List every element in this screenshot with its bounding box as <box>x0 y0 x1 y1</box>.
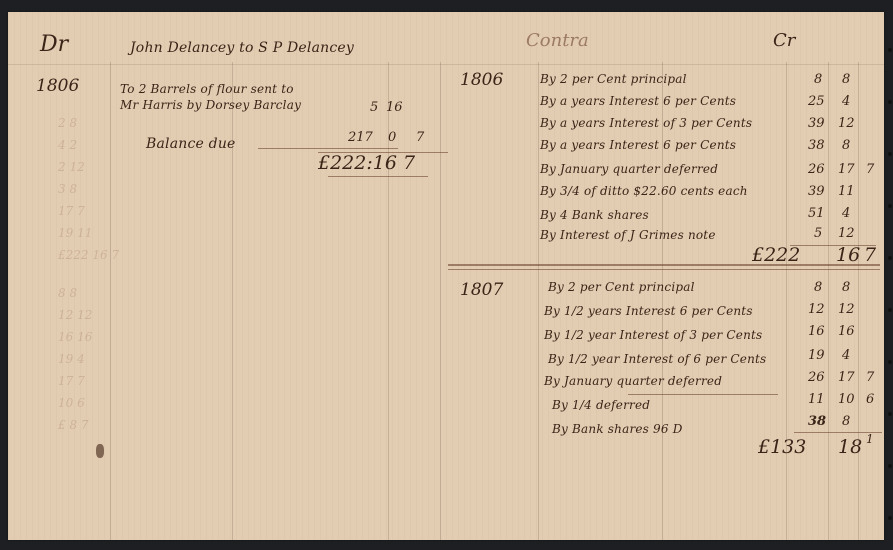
balance-pounds: 217 <box>348 130 373 145</box>
balance-rule <box>258 148 398 149</box>
entry-pounds: 12 <box>808 302 825 317</box>
entry-text: By 1/4 deferred <box>552 398 650 412</box>
entry-pounds: 26 <box>808 162 825 177</box>
entry-shillings: 8 <box>842 414 850 429</box>
entry-shillings: 17 <box>838 370 855 385</box>
scan-edge-dots <box>887 0 893 550</box>
total-shillings-1806: 16 <box>836 244 860 266</box>
entry-pounds: 19 <box>808 348 825 363</box>
balance-shillings: 0 <box>388 130 396 145</box>
entry-text: By January quarter deferred <box>540 162 718 176</box>
entry-shillings: 17 <box>838 162 855 177</box>
contra-header: Contra <box>526 30 589 51</box>
entry-text: By a years Interest 6 per Cents <box>540 138 736 152</box>
entry-text: By Interest of J Grimes note <box>540 228 716 242</box>
entry-shillings: 12 <box>838 302 855 317</box>
entry-shillings: 4 <box>842 348 850 363</box>
bleed-through-text: 8 812 1216 1619 417 710 6£ 8 7 <box>58 282 92 436</box>
entry-shillings: 4 <box>842 94 850 109</box>
entry-pounds: 38 <box>808 414 826 429</box>
entry-shillings: 16 <box>838 324 855 339</box>
entry-text: By 2 per Cent principal <box>540 72 687 86</box>
entry-rule <box>628 394 778 395</box>
entry-pence: 7 <box>866 370 874 385</box>
ruled-line <box>232 62 233 540</box>
entry-pounds: 38 <box>808 138 825 153</box>
entry-pounds: 5 <box>370 100 378 115</box>
total-shillings-1807: 18 <box>838 436 862 458</box>
year-1806-left: 1806 <box>36 76 79 96</box>
ink-blot <box>96 444 104 458</box>
entry-pounds: 26 <box>808 370 825 385</box>
entry-text: By 1/2 year Interest of 3 per Cents <box>544 328 762 342</box>
entry-pounds: 8 <box>814 72 822 87</box>
entry-text: By 1/2 years Interest 6 per Cents <box>544 304 753 318</box>
total-pounds-1807: £133 <box>758 436 806 458</box>
total-pence-1806: 7 <box>864 244 876 266</box>
entry-pounds: 5 <box>814 226 822 241</box>
year-1806-right: 1806 <box>460 70 503 90</box>
ruled-line <box>662 62 663 540</box>
entry-text: Mr Harris by Dorsey Barclay <box>120 98 301 112</box>
entry-text: By a years Interest of 3 per Cents <box>540 116 752 130</box>
ruled-line <box>858 62 859 540</box>
entry-text: By Bank shares 96 D <box>552 422 683 436</box>
entry-text: To 2 Barrels of flour sent to <box>120 82 294 96</box>
total-pence-1807: 1 <box>866 432 874 446</box>
entry-text: By 3/4 of ditto $22.60 cents each <box>540 184 748 198</box>
entry-pounds: 11 <box>808 392 825 407</box>
credit-header: Cr <box>773 30 795 51</box>
entry-text: By January quarter deferred <box>544 374 722 388</box>
ledger-page: 2 84 22 123 817 719 11£222 16 7 8 812 12… <box>8 12 884 540</box>
entry-pence: 6 <box>866 392 874 407</box>
entry-shillings: 4 <box>842 206 850 221</box>
entry-pounds: 39 <box>808 184 825 199</box>
entry-text: By a years Interest 6 per Cents <box>540 94 736 108</box>
balance-pence: 7 <box>416 130 424 145</box>
balance-label: Balance due <box>146 136 236 152</box>
entry-pounds: 25 <box>808 94 825 109</box>
section-divider <box>448 269 880 270</box>
section-divider <box>448 264 880 266</box>
entry-shillings: 8 <box>842 138 850 153</box>
entry-shillings: 11 <box>838 184 855 199</box>
entry-pounds: 16 <box>808 324 825 339</box>
entry-shillings: 12 <box>838 226 855 241</box>
ruled-line <box>828 62 829 540</box>
ruled-line <box>538 62 539 540</box>
entry-text: By 1/2 year Interest of 6 per Cents <box>548 352 766 366</box>
ruled-line <box>786 62 787 540</box>
ruled-line <box>440 62 441 540</box>
bleed-through-text: 2 84 22 123 817 719 11£222 16 7 <box>58 112 119 266</box>
year-1807: 1807 <box>460 280 503 300</box>
account-title: John Delancey to S P Delancey <box>130 40 354 56</box>
entry-shillings: 8 <box>842 72 850 87</box>
left-total: £222:16 7 <box>318 152 415 174</box>
total-underline <box>328 176 428 177</box>
entry-shillings: 10 <box>838 392 855 407</box>
entry-text: By 2 per Cent principal <box>548 280 695 294</box>
entry-pence: 7 <box>866 162 874 177</box>
debit-header: Dr <box>40 32 68 57</box>
entry-shillings: 12 <box>838 116 855 131</box>
entry-shillings: 16 <box>386 100 403 115</box>
total-pounds-1806: £222 <box>752 244 800 266</box>
entry-pounds: 8 <box>814 280 822 295</box>
entry-pounds: 51 <box>808 206 825 221</box>
entry-shillings: 8 <box>842 280 850 295</box>
header-rule <box>8 64 884 65</box>
entry-pounds: 39 <box>808 116 825 131</box>
entry-text: By 4 Bank shares <box>540 208 649 222</box>
